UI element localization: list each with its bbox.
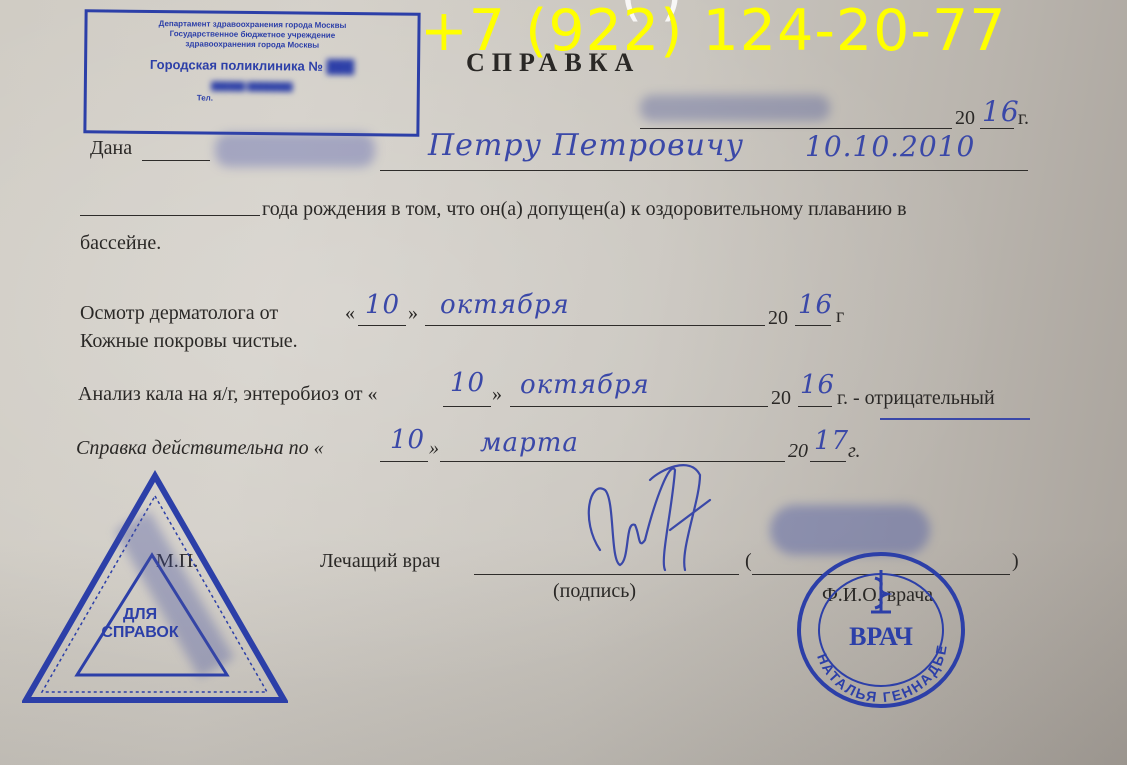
fio-close-paren: ) [1012,550,1019,573]
stool-day-line [443,406,491,407]
triangle-stamp-line1: ДЛЯ [0,606,288,624]
triangle-stamp-line2: СПРАВОК [0,624,288,642]
given-label: Дана [90,137,132,160]
derm-result: Кожные покровы чистые. [80,330,298,353]
valid-day-line [380,461,428,462]
surname-redacted [215,133,375,167]
given-line-left [142,160,210,161]
stool-year-line [798,406,832,407]
derm-day-line [358,325,406,326]
date-year-line [980,128,1014,129]
date-redacted [640,95,830,121]
stamp-phone-label: Тел. [87,92,417,105]
stamp-line3: здравоохранения города Москвы [87,38,417,51]
fio-open-paren: ( [745,550,752,573]
derm-label: Осмотр дерматолога от [80,302,278,325]
stool-day-hand: 10 [450,368,485,398]
phone-overlay: +7 (922) 124-20-77 [420,0,1007,64]
derm-year-line [795,325,831,326]
dob-line [80,215,260,216]
clinic-name: Городская поликлиника № [150,57,323,74]
stool-year-hand: 16 [800,370,835,400]
stool-label: Анализ кала на я/г, энтеробиоз от « [78,383,378,406]
given-line [380,170,1028,171]
stool-suffix: г. - отрицательный [837,387,995,410]
stamp-clinic-name: Городская поликлиника № ███ [87,56,417,74]
stool-month-hand: октября [520,370,650,400]
triangle-stamp: ДЛЯ СПРАВОК [22,470,288,706]
round-stamp-center: ВРАЧ [795,622,967,652]
derm-year-prefix: 20 [768,307,788,330]
given-name-hand: Петру Петровичу [428,128,744,163]
valid-year-line [810,461,846,462]
derm-suffix: г [836,305,844,328]
derm-month-line [425,325,765,326]
doctor-round-stamp: НАТАЛЬЯ ГЕННАДЬЕВНА ВРАЧ [795,550,967,710]
derm-month-hand: октября [440,290,570,320]
stool-month-line [510,406,768,407]
derm-close-quote: » [408,302,418,325]
stool-result-underline [880,418,1030,420]
derm-day-hand: 10 [365,290,400,320]
valid-suffix: г. [848,440,861,463]
stamp-address-redacted: ██████ ████████ [87,79,417,93]
clinic-stamp: Департамент здравоохранения города Москв… [83,9,420,137]
valid-close-quote: » [429,437,439,460]
date-year-prefix: 20 [955,107,975,130]
dob-statement: года рождения в том, что он(а) допущен(а… [262,198,907,221]
stool-year-prefix: 20 [771,387,791,410]
doctor-label: Лечащий врач [320,550,440,573]
clinic-number-redacted: ███ [326,59,354,74]
valid-label: Справка действительна по « [76,437,324,460]
signature-scribble [560,440,720,600]
derm-year-hand: 16 [798,290,833,320]
fio-redacted [770,505,930,555]
valid-year-hand: 17 [814,426,849,456]
valid-year-prefix: 20 [788,440,808,463]
dob-statement-cont: бассейне. [80,232,161,255]
stool-close-quote: » [492,383,502,406]
valid-day-hand: 10 [390,425,425,455]
date-year-hand: 16 [982,95,1020,128]
date-suffix: г. [1018,107,1029,130]
derm-open-quote: « [345,302,355,325]
given-dob-hand: 10.10.2010 [805,130,975,163]
